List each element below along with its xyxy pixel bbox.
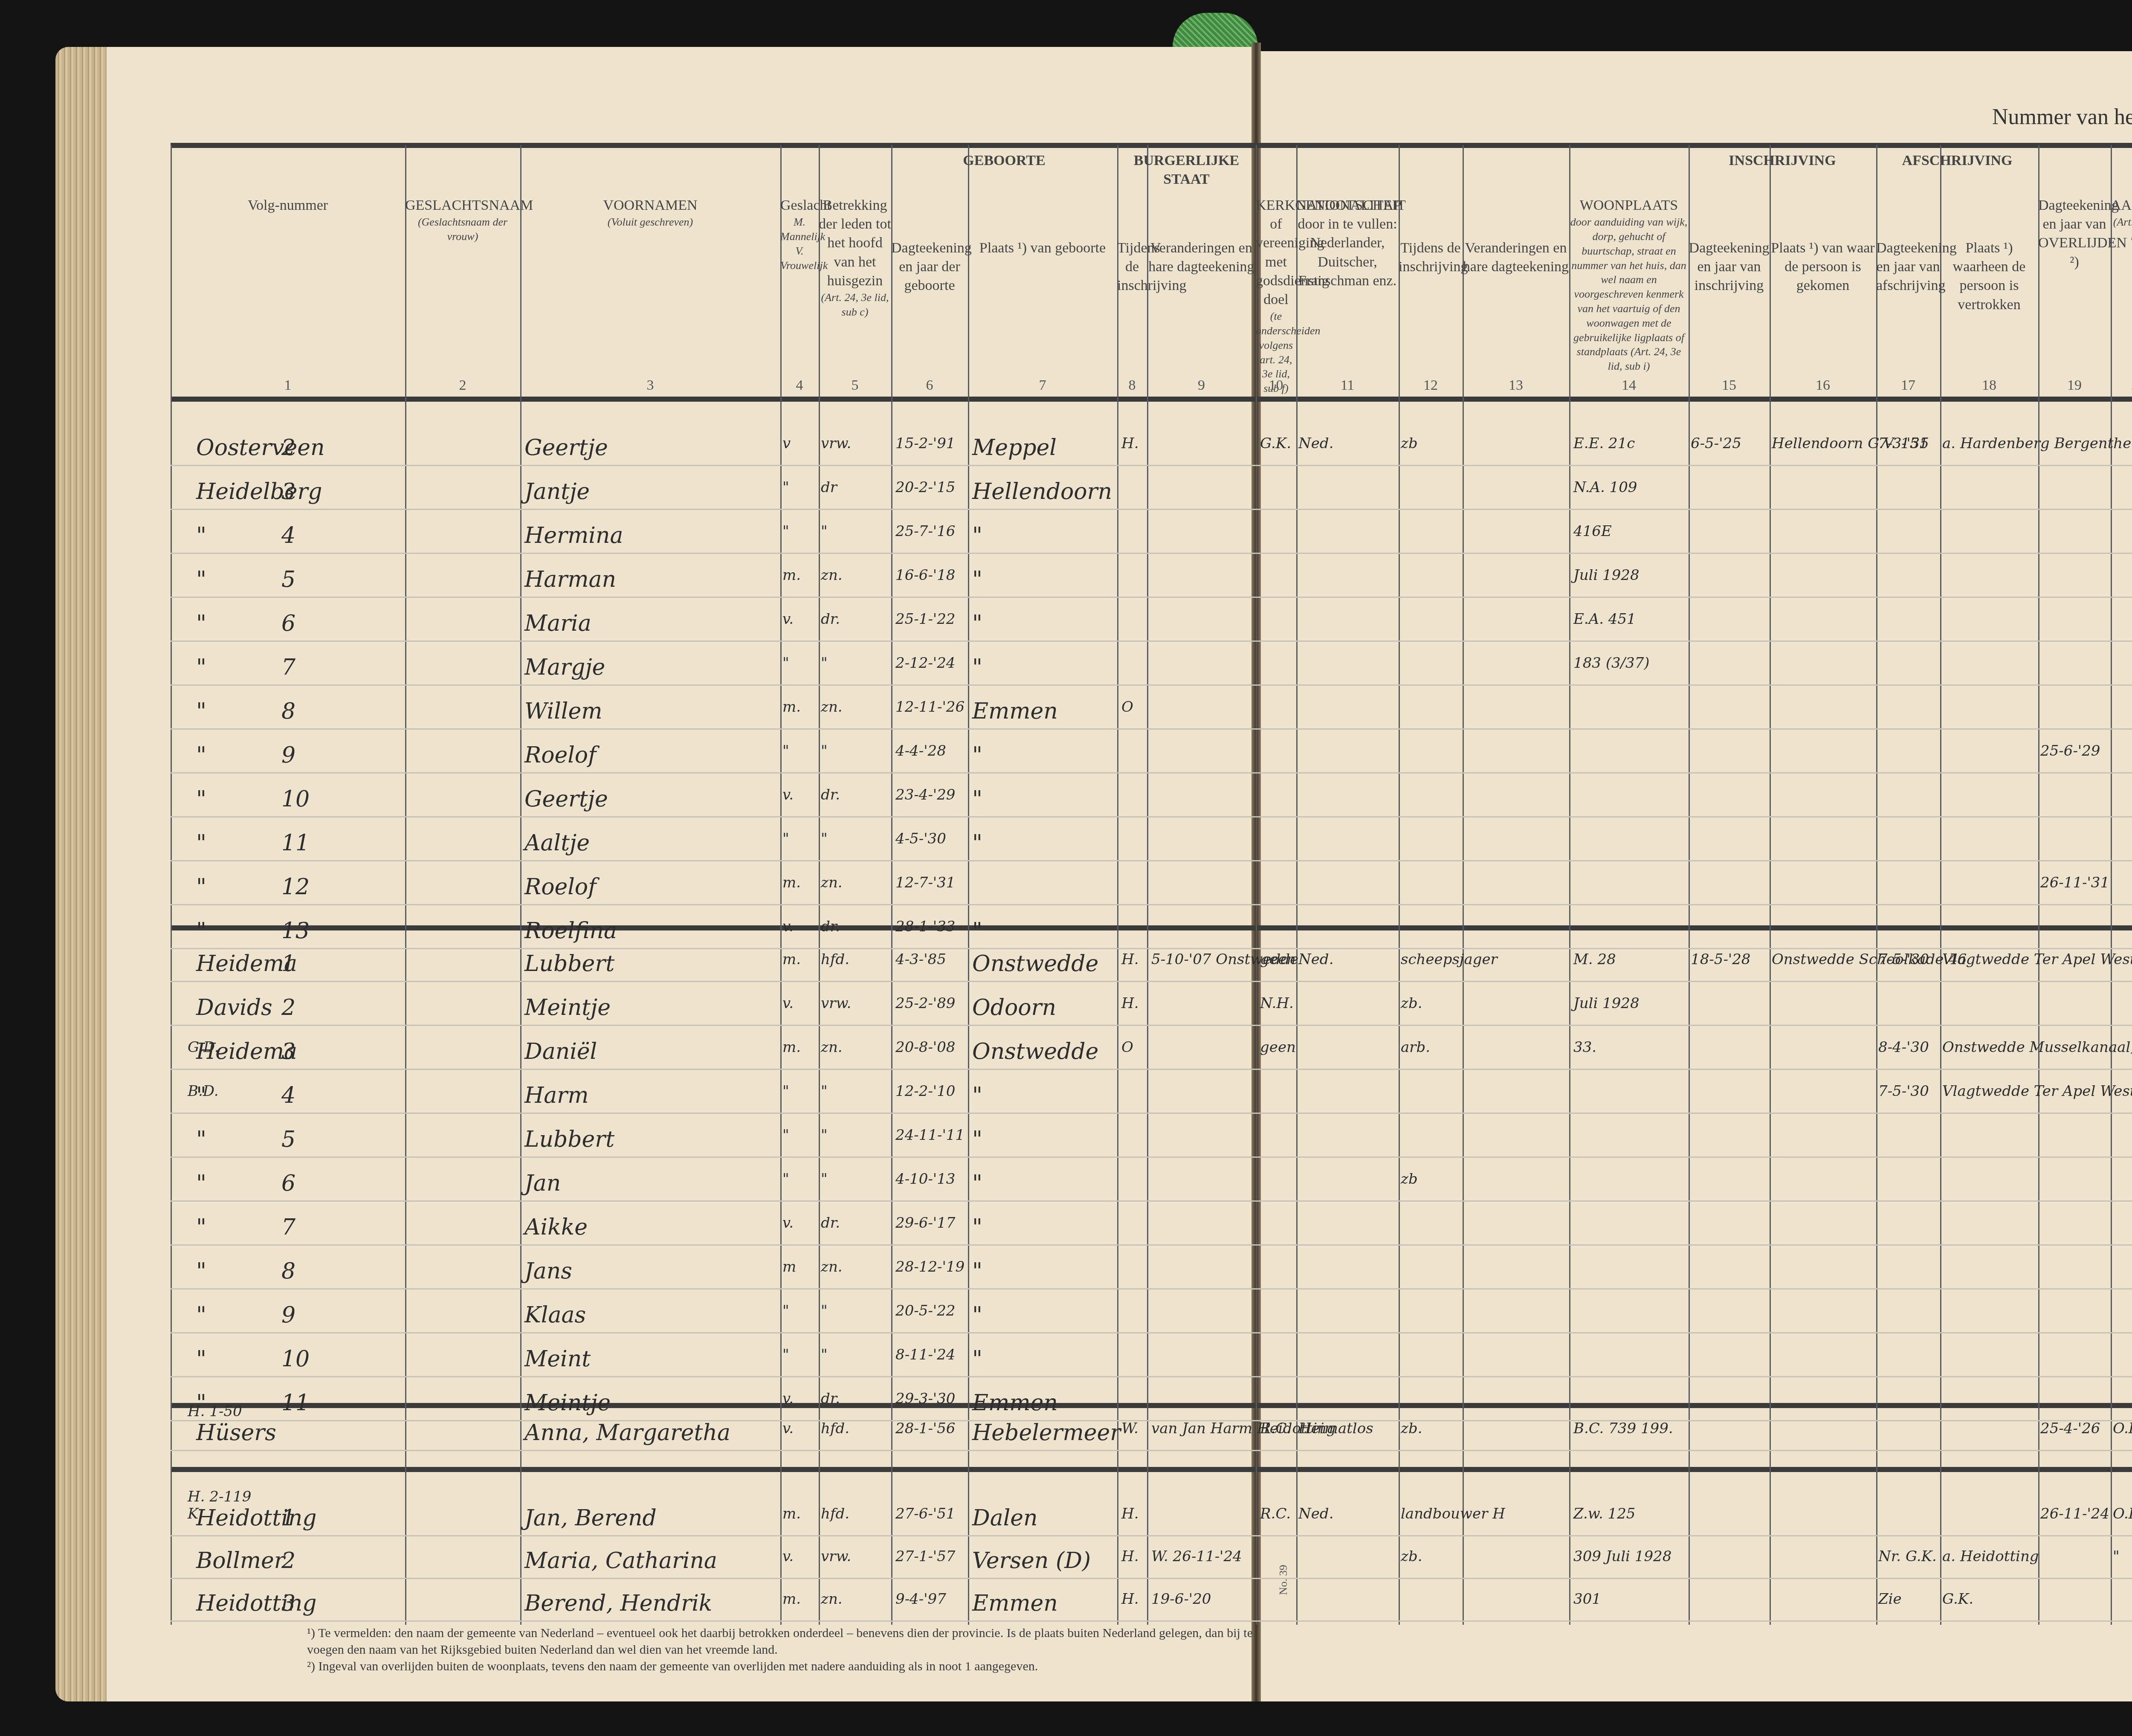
cell-rel: hfd. <box>821 1420 849 1437</box>
cell-nr: 6 <box>281 1171 295 1196</box>
column-header-10: KERKGENOOTSCHAP of vereeniging met godsd… <box>1256 196 1296 396</box>
cell-place: Emmen <box>972 1390 1058 1416</box>
cell-civil: O <box>1121 698 1133 716</box>
column-rule <box>1770 145 1771 1625</box>
cell-sex: m. <box>782 874 801 891</box>
cell-occ: zb. <box>1401 995 1422 1012</box>
ruled-line <box>171 684 2132 686</box>
cell-civil: H. <box>1121 435 1138 452</box>
ruled-line <box>171 509 2132 510</box>
cell-church: R.C. <box>1260 1505 1291 1522</box>
column-number: 5 <box>819 377 891 394</box>
footnote-2: ²) Ingeval van overlijden buiten de woon… <box>307 1658 1288 1675</box>
cell-born: 28-12-'19 <box>895 1258 965 1275</box>
cell-born: 8-11-'24 <box>895 1346 955 1363</box>
left-page <box>107 47 1254 1701</box>
cell-rel: " <box>821 655 828 672</box>
cell-out_date: 8-4-'30 <box>1878 1039 1929 1056</box>
cell-place: Hebelermeer <box>972 1420 1121 1446</box>
ruled-line <box>171 1450 2132 1451</box>
column-header-note: (Art. 24, 5e lid) <box>2111 215 2132 244</box>
footnote-1: ¹) Te vermelden: den naam der gemeente v… <box>307 1625 1288 1658</box>
cell-out_place: Vlagtwedde Ter Apel West <box>1942 951 2132 968</box>
cell-born: 23-4-'29 <box>895 786 955 803</box>
cell-born: 25-1-'22 <box>895 611 955 628</box>
cell-in_date: 18-5-'28 <box>1691 951 1750 968</box>
ruled-line <box>171 816 2132 817</box>
cell-surname: Heidema <box>196 951 297 977</box>
cell-residence: 309 Juli 1928 <box>1573 1548 1671 1565</box>
ruled-line <box>171 1156 2132 1158</box>
cell-born: 12-7-'31 <box>895 874 955 891</box>
cell-residence: 183 (3/37) <box>1573 655 1650 672</box>
cell-born: 29-6-'17 <box>895 1214 955 1232</box>
cell-sex: " <box>782 1127 789 1144</box>
cell-civil_change: W. 26-11-'24 <box>1151 1548 1242 1565</box>
column-header-label: VOORNAMEN <box>603 197 698 213</box>
cell-surname: " <box>196 1171 206 1196</box>
cell-given: Anna, Margaretha <box>524 1420 730 1446</box>
cell-surname: " <box>196 874 206 900</box>
cell-rel: dr. <box>821 611 840 628</box>
cell-out_place: G.K. <box>1942 1591 1973 1608</box>
cell-born: 12-2-'10 <box>895 1083 955 1100</box>
cell-born: 4-4-'28 <box>895 742 946 759</box>
cell-nr: 8 <box>281 698 295 724</box>
cell-surname: " <box>196 698 206 724</box>
cell-place: " <box>972 1127 982 1152</box>
cell-sex: " <box>782 1083 789 1100</box>
column-header-note: door aanduiding van wijk, dorp, gehucht … <box>1569 215 1689 374</box>
ruled-line <box>171 1200 2132 1202</box>
ruled-line <box>171 1113 2132 1114</box>
column-number: 8 <box>1117 377 1147 394</box>
cell-sex: " <box>782 655 789 672</box>
column-number: 9 <box>1147 377 1256 394</box>
cell-born: 27-1-'57 <box>895 1548 955 1565</box>
column-header-label: Veranderingen en hare dagteekening <box>1148 240 1254 275</box>
cell-place: " <box>972 567 982 592</box>
ruled-line <box>171 1069 2132 1070</box>
cell-given: Willem <box>524 698 603 724</box>
ruled-line <box>171 1620 2132 1622</box>
cell-rel: hfd. <box>821 1505 849 1522</box>
cell-rel: " <box>821 1083 828 1100</box>
cell-death: 26-11-'24 <box>2040 1505 2109 1522</box>
cell-occ: zb. <box>1401 1548 1422 1565</box>
header-bottom-rule <box>171 397 2132 402</box>
cell-born: 20-5-'22 <box>895 1302 955 1319</box>
column-rule <box>1296 145 1298 1625</box>
ruled-line <box>171 1332 2132 1333</box>
cell-sex: " <box>782 479 789 496</box>
column-number: 6 <box>891 377 968 394</box>
cell-residence: N.A. 109 <box>1573 479 1637 496</box>
cell-nr: 2 <box>281 995 295 1020</box>
column-number: 16 <box>1770 377 1876 394</box>
column-rule <box>2038 145 2039 1625</box>
column-header-label: Volg-nummer <box>248 197 328 213</box>
column-header-label: Plaats ¹) van geboorte <box>979 240 1106 256</box>
cell-nr: 5 <box>281 567 295 592</box>
cell-sex: m. <box>782 1505 801 1522</box>
cell-church: geen <box>1260 1039 1296 1056</box>
cell-given: Lubbert <box>524 1127 614 1152</box>
cell-rel: vrw. <box>821 1548 851 1565</box>
cell-born: 4-3-'85 <box>895 951 946 968</box>
cell-residence: E.A. 451 <box>1573 611 1636 628</box>
cell-surname: Heidotting <box>196 1505 317 1531</box>
cell-place: Onstwedde <box>972 951 1098 977</box>
cell-surname: " <box>196 830 206 856</box>
column-rule <box>1117 145 1118 1625</box>
cell-born: 9-4-'97 <box>895 1591 946 1608</box>
cell-nr: 11 <box>281 1390 310 1416</box>
column-rule <box>2111 145 2112 1625</box>
column-header-5: Betrekking der leden tot het hoofd van h… <box>819 196 891 319</box>
cell-surname: Heidelberg <box>196 479 322 504</box>
cell-place: Emmen <box>972 1591 1058 1616</box>
cell-residence: 33. <box>1573 1039 1596 1056</box>
column-rule <box>968 145 969 1625</box>
column-group-header: GEBOORTE <box>891 151 1117 170</box>
column-rule <box>1689 145 1690 1625</box>
cell-nr: 7 <box>281 1214 295 1240</box>
cell-surname: Bollmer <box>196 1548 285 1574</box>
cell-given: Aikke <box>524 1214 588 1240</box>
cell-nr: 9 <box>281 742 295 768</box>
form-number: No. 39 <box>1277 1565 1290 1595</box>
ruled-line <box>171 1025 2132 1026</box>
cell-born: 4-5-'30 <box>895 830 946 847</box>
cell-out_place: Onstwedde Musselkanaal, Schoolkade 46 <box>1942 1039 2132 1056</box>
cell-given: Geertje <box>524 786 608 812</box>
cell-surname: Hüsers <box>196 1420 276 1446</box>
ruled-line <box>171 597 2132 598</box>
column-header-label: NATIONALITEIT door in te vullen: Nederla… <box>1296 197 1406 289</box>
cell-rel: zn. <box>821 1258 843 1275</box>
cell-given: Jan <box>524 1171 561 1196</box>
cell-given: Maria <box>524 611 591 636</box>
column-rule <box>520 145 521 1625</box>
cell-born: 25-2-'89 <box>895 995 955 1012</box>
column-rule <box>1399 145 1400 1625</box>
column-number: 14 <box>1569 377 1689 394</box>
column-number: 15 <box>1689 377 1770 394</box>
cell-place: " <box>972 830 982 856</box>
cell-sex: m. <box>782 1039 801 1056</box>
cell-born: 28-1-'56 <box>895 1420 955 1437</box>
cell-rel: dr. <box>821 1214 840 1232</box>
cell-given: Margje <box>524 655 605 680</box>
cell-civil: H. <box>1121 1591 1138 1608</box>
column-header-1: Volg-nummer <box>171 196 405 215</box>
cell-surname: " <box>196 655 206 680</box>
ruled-line <box>171 772 2132 774</box>
cell-residence: 301 <box>1573 1591 1601 1608</box>
column-rule <box>1876 145 1877 1625</box>
cell-sex: v. <box>782 995 794 1012</box>
cell-rel: " <box>821 1302 828 1319</box>
cell-death_note: " <box>2113 1548 2120 1565</box>
cell-nat: Ned. <box>1298 435 1333 452</box>
cell-out_place: a. Hardenberg Bergentheim C 110 <box>1942 435 2132 452</box>
cell-born: 4-10-'13 <box>895 1171 955 1188</box>
sheet-number-label: Nummer van het blad <box>1992 104 2132 130</box>
cell-death_note: O.D.R. <box>2113 1505 2132 1522</box>
cell-given: Harman <box>524 567 616 592</box>
cell-born: 20-8-'08 <box>895 1039 955 1056</box>
cell-born: 16-6-'18 <box>895 567 955 584</box>
column-header-7: Plaats ¹) van geboorte <box>968 239 1117 258</box>
household-divider <box>171 1467 2132 1472</box>
cell-surname: Heidotting <box>196 1591 317 1616</box>
cell-place: " <box>972 611 982 636</box>
cell-church: R.C. <box>1260 1420 1291 1437</box>
cell-nat: Ned. <box>1298 1505 1333 1522</box>
column-group-header: BURGERLIJKE STAAT <box>1117 151 1256 189</box>
cell-given: Lubbert <box>524 951 614 977</box>
column-rule <box>819 145 820 1625</box>
cell-residence: M. 28 <box>1573 951 1616 968</box>
column-header-16: Plaats ¹) van waar de persoon is gekomen <box>1770 239 1876 296</box>
cell-given: Hermina <box>524 523 623 548</box>
cell-place: " <box>972 1083 982 1108</box>
ruled-line <box>171 1578 2132 1579</box>
column-header-17: Dagteekening en jaar van afschrijving <box>1876 239 1940 296</box>
cell-sex: v <box>782 435 791 452</box>
cell-in_date: 6-5-'25 <box>1691 435 1741 452</box>
column-header-6: Dagteekening en jaar der geboorte <box>891 239 968 296</box>
cell-given: Roelof <box>524 742 596 768</box>
cell-civil: W. <box>1121 1420 1138 1437</box>
column-header-label: WOONPLAATS <box>1580 197 1678 213</box>
cell-surname: " <box>196 567 206 592</box>
cell-civil: H. <box>1121 1505 1138 1522</box>
cell-surname: " <box>196 786 206 812</box>
footnotes: ¹) Te vermelden: den naam der gemeente v… <box>307 1625 1288 1675</box>
cell-given: Meintje <box>524 1390 611 1416</box>
cell-residence: Juli 1928 <box>1573 995 1640 1012</box>
ruled-line <box>171 948 2132 949</box>
cell-civil: H. <box>1121 995 1138 1012</box>
cell-sex: m <box>782 1258 796 1275</box>
column-header-15: Dagteekening en jaar van inschrijving <box>1689 239 1770 296</box>
cell-surname: " <box>196 918 206 944</box>
cell-out_date: 7-3-'35 <box>1878 435 1929 452</box>
cell-given: Jantje <box>524 479 590 504</box>
column-header-4: GeslachtM. Mannelijk V. Vrouwelijk <box>780 196 819 272</box>
column-rule <box>1940 145 1941 1625</box>
cell-surname: " <box>196 523 206 548</box>
column-header-label: Dagteekening en jaar van inschrijving <box>1689 240 1770 293</box>
cell-occ: zb <box>1401 1171 1418 1188</box>
cell-surname: " <box>196 1258 206 1284</box>
ruled-line <box>171 1288 2132 1290</box>
cell-residence: Juli 1928 <box>1573 567 1640 584</box>
cell-born: 24-11-'11 <box>895 1127 965 1144</box>
cell-nr: 5 <box>281 1127 295 1152</box>
cell-rel: vrw. <box>821 995 851 1012</box>
cell-occ: zb <box>1401 435 1418 452</box>
cell-born: 2-12-'24 <box>895 655 955 672</box>
cell-given: Daniël <box>524 1039 597 1064</box>
cell-nr: 6 <box>281 611 295 636</box>
cell-sex: m. <box>782 698 801 716</box>
column-number: 2 <box>405 377 520 394</box>
cell-rel: hfd. <box>821 951 849 968</box>
cell-out_date: 7-5-'30 <box>1878 951 1929 968</box>
cell-out_date: Zie <box>1878 1591 1902 1608</box>
column-header-18: Plaats ¹) waarheen de persoon is vertrok… <box>1940 239 2038 314</box>
cell-death: 25-6-'29 <box>2040 742 2100 759</box>
cell-born: 20-2-'15 <box>895 479 955 496</box>
column-header-20: AANMERKINGEN(Art. 24, 5e lid) <box>2111 196 2132 244</box>
cell-civil: H. <box>1121 951 1138 968</box>
ruled-line <box>171 553 2132 554</box>
column-header-label: AANMERKINGEN <box>2111 197 2132 213</box>
column-header-19: Dagteekening en jaar van OVERLIJDEN ²) <box>2038 196 2111 272</box>
ruled-line <box>171 465 2132 466</box>
household-divider <box>171 925 2132 930</box>
cell-out_place: Vlagtwedde Ter Apel West <box>1942 1083 2132 1100</box>
cell-sex: v. <box>782 786 794 803</box>
cell-surname: " <box>196 1127 206 1152</box>
cell-occ: landbouwer H <box>1401 1505 1505 1522</box>
column-number: 1 <box>171 377 405 394</box>
column-number: 13 <box>1463 377 1569 394</box>
cell-place: Odoorn <box>972 995 1056 1020</box>
ruled-line <box>171 981 2132 982</box>
cell-rel: zn. <box>821 1039 843 1056</box>
cell-church: geen <box>1260 951 1296 968</box>
column-number: 18 <box>1940 377 2038 394</box>
column-header-label: Tijdens de inschrijving <box>1399 240 1468 275</box>
column-rule <box>171 145 172 1625</box>
cell-sex: v. <box>782 1390 794 1407</box>
cell-place: " <box>972 918 982 944</box>
cell-death: 26-11-'31 <box>2040 874 2109 891</box>
cell-sex: v. <box>782 611 794 628</box>
cell-surname: Oosterveen <box>196 435 325 461</box>
cell-given: Harm <box>524 1083 589 1108</box>
cell-occ: scheepsjager <box>1401 951 1498 968</box>
column-header-label: Plaats ¹) van waar de persoon is gekomen <box>1771 240 1874 293</box>
cell-civil: H. <box>1121 1548 1138 1565</box>
cell-occ: zb. <box>1401 1420 1422 1437</box>
cell-residence: 416E <box>1573 523 1612 540</box>
cell-occ: arb. <box>1401 1039 1430 1056</box>
cell-surname: Davids <box>196 995 272 1020</box>
cell-surname: " <box>196 1302 206 1328</box>
cell-place: Emmen <box>972 698 1058 724</box>
ruled-line <box>171 640 2132 642</box>
cell-born: 28-1-'33 <box>895 918 955 935</box>
cell-rel: dr. <box>821 786 840 803</box>
column-header-note: (Voluit geschreven) <box>520 215 780 229</box>
cell-place: Onstwedde <box>972 1039 1098 1064</box>
column-number: 7 <box>968 377 1117 394</box>
cell-sex: " <box>782 1171 789 1188</box>
column-rule <box>891 145 892 1625</box>
cell-rel: " <box>821 830 828 847</box>
column-header-12: Tijdens de inschrijving <box>1399 239 1463 276</box>
cell-residence: B.C. 739 199. <box>1573 1420 1673 1437</box>
cell-sex: v. <box>782 918 794 935</box>
column-number: 4 <box>780 377 819 394</box>
cell-nr: 4 <box>281 1083 295 1108</box>
cell-given: Berend, Hendrik <box>524 1591 712 1616</box>
cell-nr: 4 <box>281 523 295 548</box>
cell-place: " <box>972 742 982 768</box>
column-rule <box>780 145 782 1625</box>
cell-sex: m. <box>782 1591 801 1608</box>
cell-surname: " <box>196 1083 206 1108</box>
cell-place: " <box>972 1258 982 1284</box>
column-number: 19 <box>2038 377 2111 394</box>
cell-given: Meintje <box>524 995 611 1020</box>
cell-rel: vrw. <box>821 435 851 452</box>
column-number: 17 <box>1876 377 1940 394</box>
column-number: 12 <box>1399 377 1463 394</box>
ruled-line <box>171 1376 2132 1377</box>
cell-nr: 12 <box>281 874 310 900</box>
cell-place: Dalen <box>972 1505 1038 1531</box>
cell-surname: " <box>196 1214 206 1240</box>
cell-out_date: Nr. G.K. <box>1878 1548 1937 1565</box>
cell-born: 12-11-'26 <box>895 698 965 716</box>
cell-born: 25-7-'16 <box>895 523 955 540</box>
column-rule <box>1147 145 1148 1625</box>
cell-place: " <box>972 1171 982 1196</box>
column-header-label: Betrekking der leden tot het hoofd van h… <box>819 197 891 289</box>
cell-nr: 8 <box>281 1258 295 1284</box>
column-number: 11 <box>1296 377 1399 394</box>
cell-nat: Ned. <box>1298 951 1333 968</box>
cell-church: G.K. <box>1260 435 1291 452</box>
cell-rel: " <box>821 523 828 540</box>
column-header-14: WOONPLAATSdoor aanduiding van wijk, dorp… <box>1569 196 1689 374</box>
ruled-line <box>171 728 2132 730</box>
cell-sex: v. <box>782 1548 794 1565</box>
cell-given: Roelfina <box>524 918 617 944</box>
cell-rel: " <box>821 1171 828 1188</box>
cell-out_place: a. Heidotting <box>1942 1548 2039 1565</box>
column-header-11: NATIONALITEIT door in te vullen: Nederla… <box>1296 196 1399 290</box>
cell-residence: E.E. 21c <box>1573 435 1635 452</box>
cell-given: Aaltje <box>524 830 590 856</box>
cell-place: " <box>972 655 982 680</box>
cell-death: 25-4-'26 <box>2040 1420 2100 1437</box>
cell-given: Maria, Catharina <box>524 1548 717 1574</box>
cell-out_date: 7-5-'30 <box>1878 1083 1929 1100</box>
cell-sex: " <box>782 830 789 847</box>
cell-given: Meint <box>524 1346 591 1372</box>
cell-place: " <box>972 786 982 812</box>
cell-born: 27-6-'51 <box>895 1505 955 1522</box>
ruled-line <box>171 1244 2132 1246</box>
column-group-header: AFSCHRIJVING <box>1876 151 2038 170</box>
column-number: 20 <box>2111 377 2132 394</box>
cell-given: Jans <box>524 1258 572 1284</box>
ruled-line <box>171 860 2132 861</box>
cell-rel: dr. <box>821 918 840 935</box>
cell-surname: " <box>196 1346 206 1372</box>
cell-rel: " <box>821 742 828 759</box>
column-header-label: Plaats ¹) waarheen de persoon is vertrok… <box>1953 240 2026 313</box>
cell-place: " <box>972 1214 982 1240</box>
cell-place: " <box>972 1302 982 1328</box>
